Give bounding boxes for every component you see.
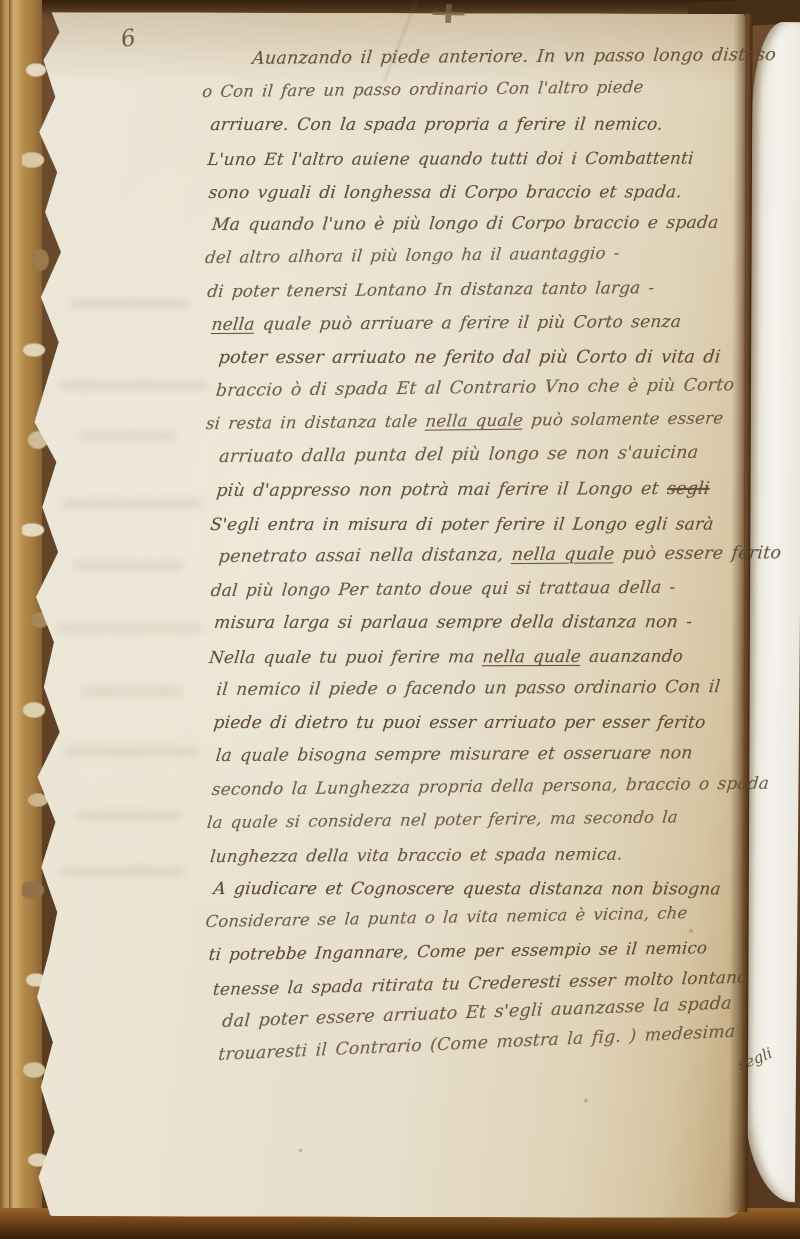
manuscript-line: misura larga si parlaua sempre della dis…: [213, 613, 693, 634]
manuscript-line: arriuare. Con la spada propria a ferire …: [209, 115, 663, 135]
manuscript-line: più d'appresso non potrà mai ferire il L…: [215, 478, 710, 500]
manuscript-line: nella quale può arriuare a ferire il più…: [210, 311, 682, 334]
manuscript-line: lunghezza della vita braccio et spada ne…: [210, 843, 624, 865]
manuscript-photo: 6 + Auanzando il piede anteriore. In vn …: [0, 0, 800, 1239]
manuscript-line: ti potrebbe Ingannare, Come per essempio…: [207, 939, 707, 965]
manuscript-line: secondo la Lunghezza propria della perso…: [211, 773, 770, 799]
manuscript-line: S'egli entra in misura di poter ferire i…: [210, 513, 715, 534]
manuscript-line: penetrato assai nella distanza, nella qu…: [218, 543, 782, 567]
manuscript-line: dal più longo Per tanto doue qui si trat…: [210, 577, 677, 600]
manuscript-line: Considerare se la punta o la vita nemica…: [205, 903, 689, 931]
manuscript-line: il nemico il piede o facendo un passo or…: [216, 677, 722, 700]
manuscript-line: del altro alhora il più longo ha il auan…: [204, 243, 620, 267]
manuscript-line: L'uno Et l'altro auiene quando tutti doi…: [207, 147, 695, 168]
manuscript-line: tenesse la spada ritirata tu Crederesti …: [212, 966, 748, 998]
manuscript-line: Nella quale tu puoi ferire ma nella qual…: [208, 645, 684, 666]
manuscript-line: o Con il fare un passo ordinario Con l'a…: [201, 77, 644, 101]
manuscript-line: la quale si considera nel poter ferire, …: [206, 807, 679, 832]
manuscript-line: Ma quando l'uno è più longo di Corpo bra…: [211, 213, 720, 235]
manuscript-line: braccio ò di spada Et al Contrario Vno c…: [215, 375, 735, 401]
manuscript-line: arriuato dalla punta del più longo se no…: [218, 443, 699, 467]
manuscript-line: la quale bisogna sempre misurare et osse…: [214, 743, 693, 766]
manuscript-text-block: Auanzando il piede anteriore. In vn pass…: [0, 0, 800, 1239]
manuscript-line: poter esser arriuato ne ferito dal più C…: [217, 347, 721, 368]
manuscript-line: sono vguali di longhessa di Corpo bracci…: [208, 181, 683, 202]
manuscript-line: A giudicare et Cognoscere questa distanz…: [212, 879, 721, 899]
manuscript-line: piede di dietro tu puoi esser arriuato p…: [212, 713, 706, 733]
manuscript-line: si resta in distanza tale nella quale pu…: [205, 409, 724, 434]
manuscript-line: di poter tenersi Lontano In distanza tan…: [207, 277, 656, 301]
manuscript-line: Auanzando il piede anteriore. In vn pass…: [251, 45, 777, 69]
